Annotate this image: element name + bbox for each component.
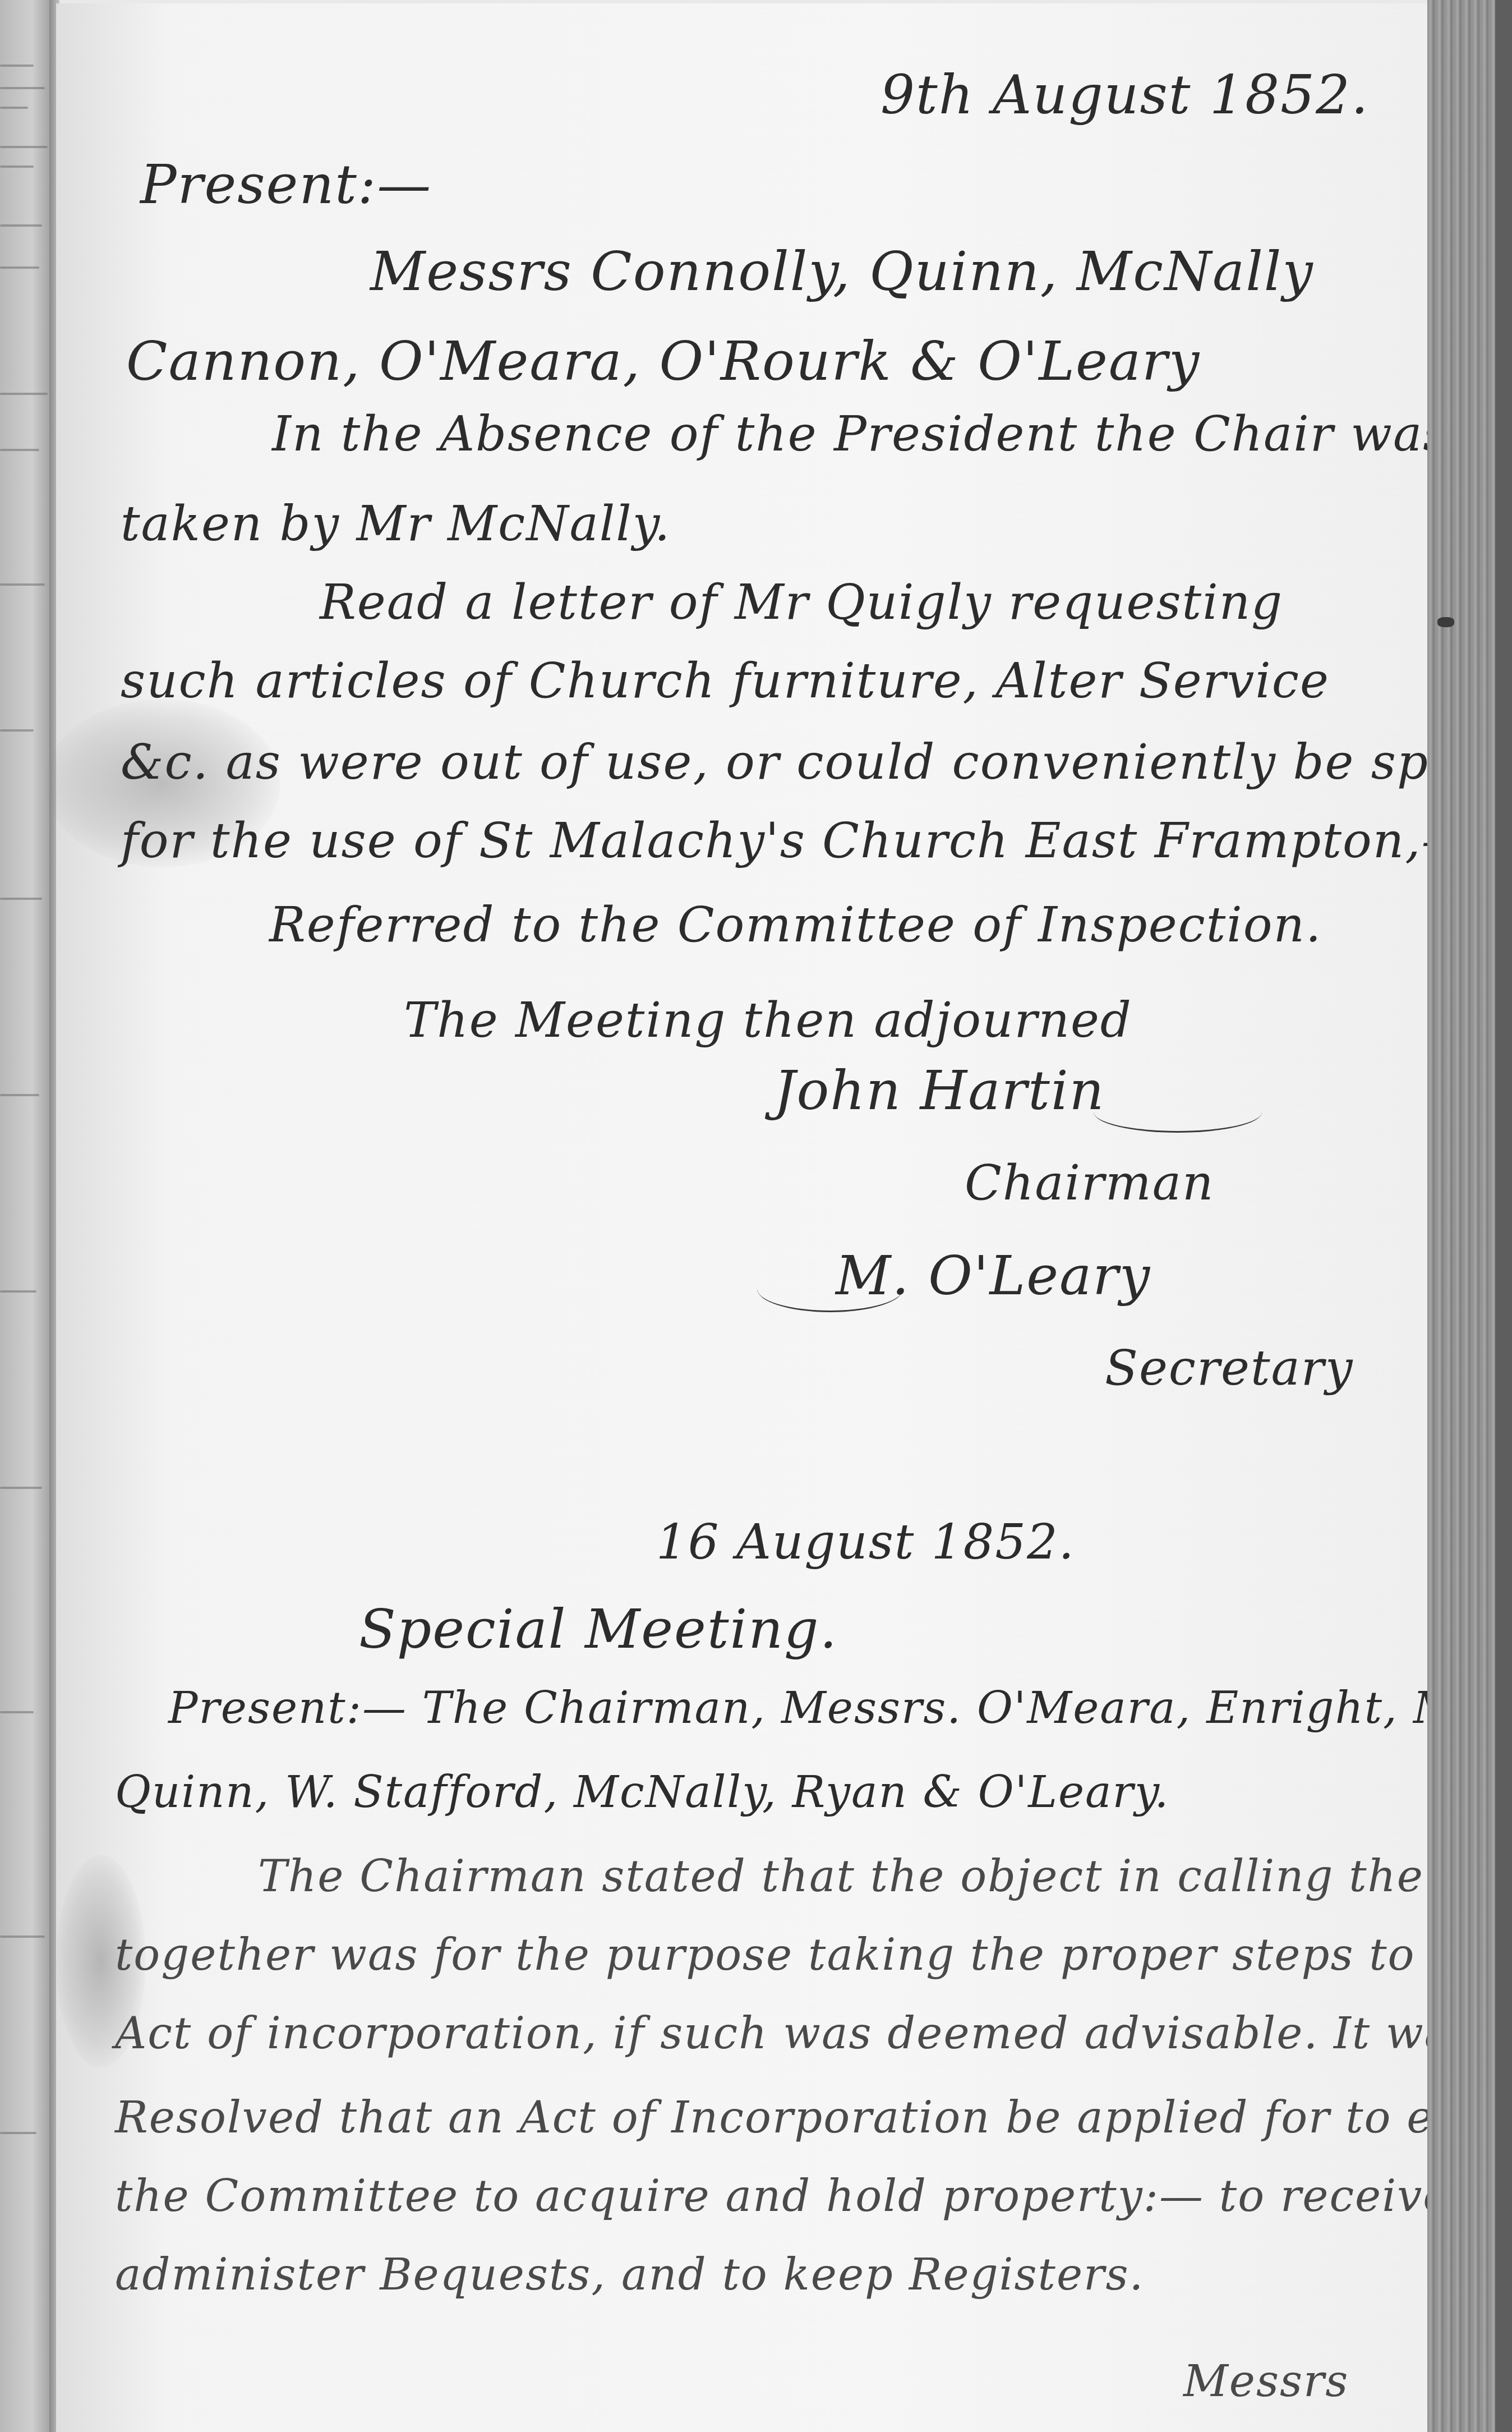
bleed-mark [0, 449, 39, 451]
entry-1-line: Referred to the Committee of Inspection. [269, 901, 1322, 949]
bleed-mark [0, 1487, 42, 1489]
signature-flourish [1094, 1092, 1262, 1133]
ink-blot [1437, 617, 1454, 627]
entry-1-present-names-2: Cannon, O'Meara, O'Rourk & O'Leary [126, 334, 1200, 388]
bleed-mark [0, 1711, 34, 1713]
bleed-mark [0, 2132, 36, 2134]
entry-1-line: &c. as were out of use, or could conveni… [121, 738, 1512, 787]
entry-1-line: for the use of St Malachy's Church East … [121, 817, 1470, 865]
entry-1-line: The Meeting then adjourned [404, 996, 1132, 1045]
bleed-mark [0, 1936, 45, 1938]
signature-flourish [757, 1266, 903, 1312]
entry-1-present-label: Present:— [140, 158, 432, 212]
bleed-mark [0, 1290, 36, 1293]
entry-2-line: The Chairman stated that the object in c… [258, 1855, 1512, 1898]
entry-1-present-names-1: Messrs Connolly, Quinn, McNally [370, 245, 1314, 298]
entry-2-heading: Special Meeting. [359, 1602, 838, 1656]
entry-2-line: Act of incorporation, if such was deemed… [115, 2012, 1512, 2056]
chairman-title: Chairman [965, 1159, 1214, 1207]
entry-1-line: such articles of Church furniture, Alter… [121, 657, 1330, 705]
bleed-mark [0, 393, 48, 395]
bleed-mark [0, 729, 34, 732]
book-cover-edge [1495, 0, 1512, 2432]
entry-1-date: 9th August 1852. [881, 68, 1370, 122]
entry-2-line: Resolved that an Act of Incorporation be… [115, 2096, 1512, 2140]
book-page-edges [1427, 0, 1512, 2432]
bleed-mark [0, 165, 34, 168]
entry-2-line: together was for the purpose taking the … [115, 1933, 1512, 1977]
entry-2-line: the Committee to acquire and hold proper… [115, 2174, 1512, 2218]
entry-2-present-2: Quinn, W. Stafford, McNally, Ryan & O'Le… [115, 1771, 1169, 1814]
ledger-page: 9th August 1852. Present:— Messrs Connol… [56, 3, 1436, 2432]
entry-2-present-1: Present:— The Chairman, Messrs. O'Meara,… [168, 1686, 1512, 1730]
entry-2-line: administer Bequests, and to keep Registe… [115, 2253, 1144, 2297]
secretary-title: Secretary [1105, 1344, 1354, 1392]
entry-1-line: In the Absence of the President the Chai… [272, 410, 1449, 458]
bleed-mark [0, 898, 42, 900]
chairman-signature: John Hartin [774, 1064, 1105, 1118]
entry-2-date: 16 August 1852. [656, 1518, 1075, 1566]
catchword: Messrs [1183, 2360, 1349, 2403]
bleed-mark [0, 224, 42, 227]
bleed-mark [0, 583, 45, 586]
scanned-book-spread: 9th August 1852. Present:— Messrs Connol… [0, 0, 1512, 2432]
bleed-mark [0, 87, 45, 89]
bleed-mark [0, 65, 34, 67]
facing-page-bleed [0, 0, 53, 2432]
bleed-mark [0, 1094, 39, 1096]
bleed-mark [0, 146, 48, 148]
entry-1-line: Read a letter of Mr Quigly requesting [320, 578, 1283, 627]
entry-1-line: taken by Mr McNally. [121, 500, 671, 548]
bleed-mark [0, 266, 39, 269]
bleed-mark [0, 107, 28, 109]
